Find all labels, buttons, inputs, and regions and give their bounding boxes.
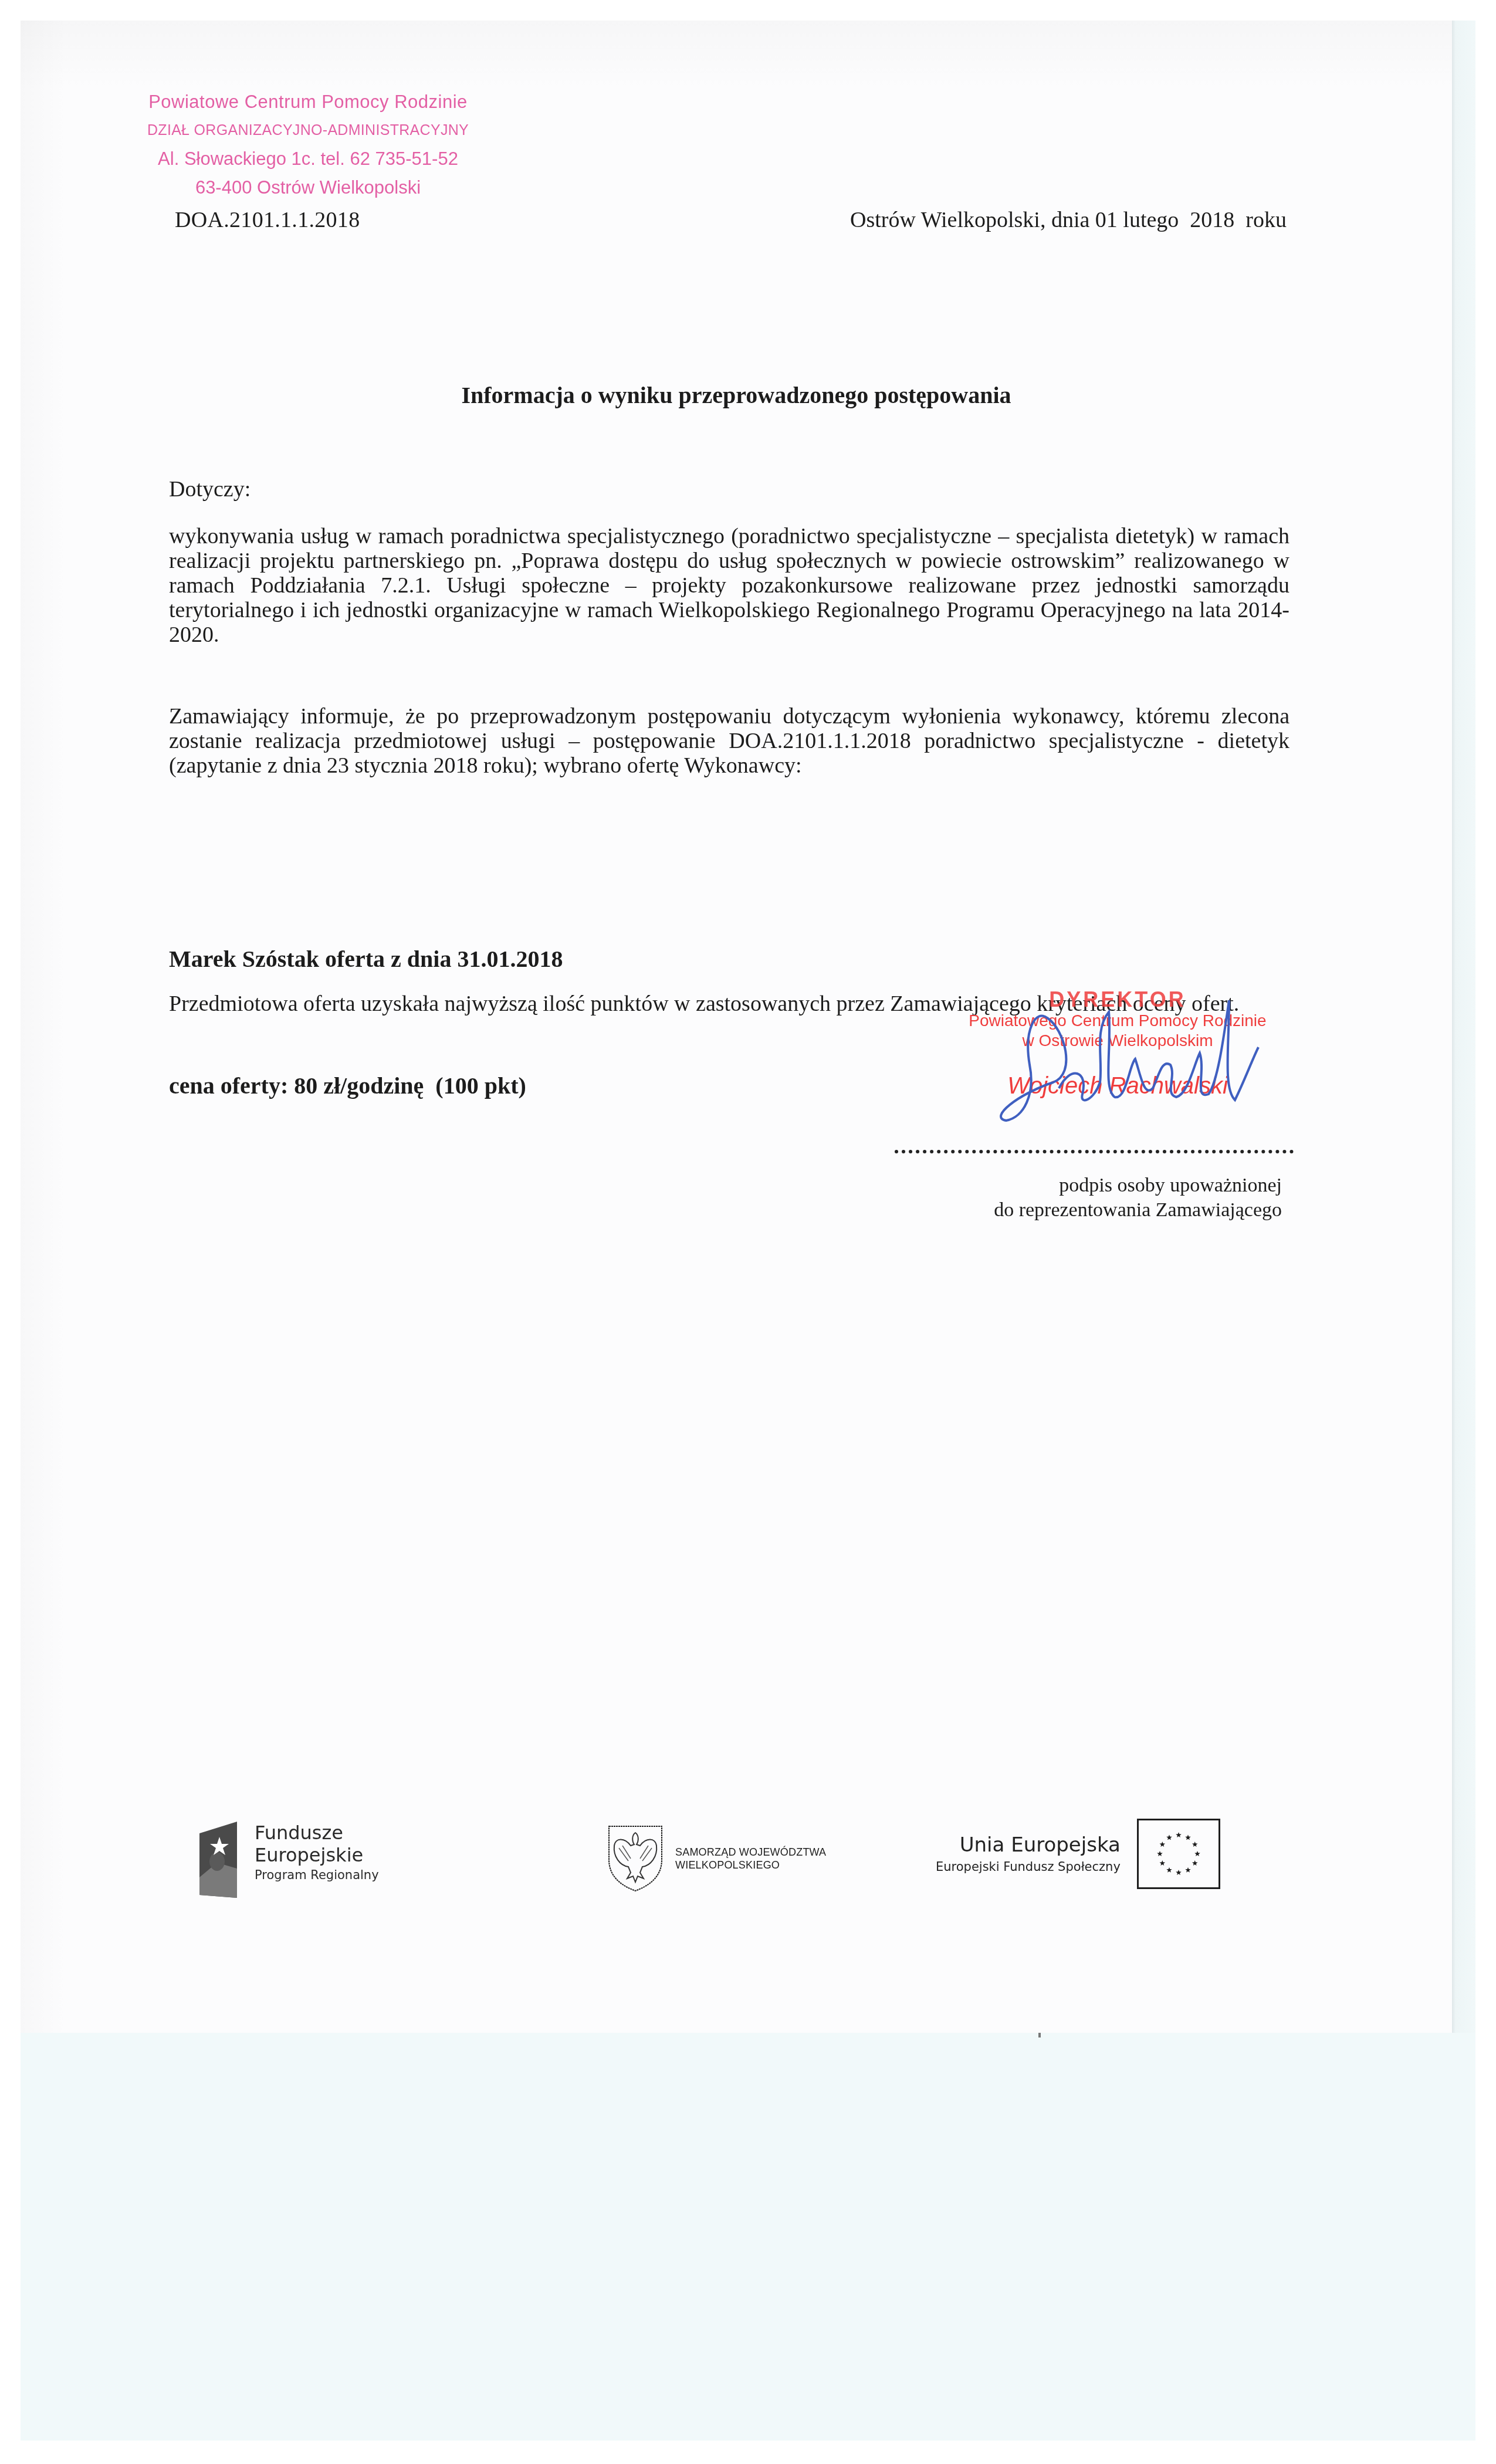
unia-europejska-logo: Unia Europejska Europejski Fundusz Społe… [936,1819,1220,1889]
wielkopolska-eagle-shield-icon [607,1825,664,1893]
scanner-background [21,2033,1475,2441]
stamp-department: DZIAŁ ORGANIZACYJNO-ADMINISTRACYJNY [126,116,490,144]
header-stamp: Powiatowe Centrum Pomocy Rodzinie DZIAŁ … [126,88,490,202]
fundusze-europejskie-star-icon [199,1822,237,1898]
handwritten-signature-icon [983,994,1276,1135]
samorzad-wojewodztwa-logo: SAMORZĄD WOJEWÓDZTWA WIELKOPOLSKIEGO [607,1825,826,1893]
price-line: cena oferty: 80 zł/godzinę (100 pkt) [169,1065,563,1107]
document-page: Powiatowe Centrum Pomocy Rodzinie DZIAŁ … [21,21,1452,2033]
reference-number: DOA.2101.1.1.2018 [175,207,360,233]
place-and-date: Ostrów Wielkopolski, dnia 01 lutego 2018… [850,207,1287,233]
offer-line: Marek Szóstak oferta z dnia 31.01.2018 [169,938,563,980]
scan-edge-strip [1452,21,1475,2033]
info-paragraph: Zamawiający informuje, że po przeprowadz… [169,704,1289,778]
stamp-org-name: Powiatowe Centrum Pomocy Rodzinie [126,88,490,116]
stamp-address: Al. Słowackiego 1c. tel. 62 735-51-52 [126,144,490,174]
ue-line1: Unia Europejska [936,1832,1121,1858]
signature-caption-line2: do reprezentowania Zamawiającego [994,1198,1282,1223]
subject-label: Dotyczy: [169,477,1289,502]
fe-line3: Program Regionalny [255,1866,379,1884]
document-title: Informacja o wyniku przeprowadzonego pos… [21,381,1452,409]
sw-line2: WIELKOPOLSKIEGO [675,1859,826,1871]
fe-line2: Europejskie [255,1844,379,1866]
ue-line2: Europejski Fundusz Społeczny [936,1858,1121,1876]
eu-flag-icon [1137,1819,1220,1889]
signature-line [895,1150,1294,1153]
fe-line1: Fundusze [255,1822,379,1844]
fundusze-europejskie-logo: Fundusze Europejskie Program Regionalny [199,1822,379,1898]
stamp-city: 63-400 Ostrów Wielkopolski [126,174,490,202]
sw-line1: SAMORZĄD WOJEWÓDZTWA [675,1846,826,1859]
selected-offer: Marek Szóstak oferta z dnia 31.01.2018 c… [169,854,563,1192]
signature-caption: podpis osoby upoważnionej do reprezentow… [994,1173,1282,1223]
signature-caption-line1: podpis osoby upoważnionej [994,1173,1282,1198]
subject-paragraph: wykonywania usług w ramach poradnictwa s… [169,524,1289,647]
